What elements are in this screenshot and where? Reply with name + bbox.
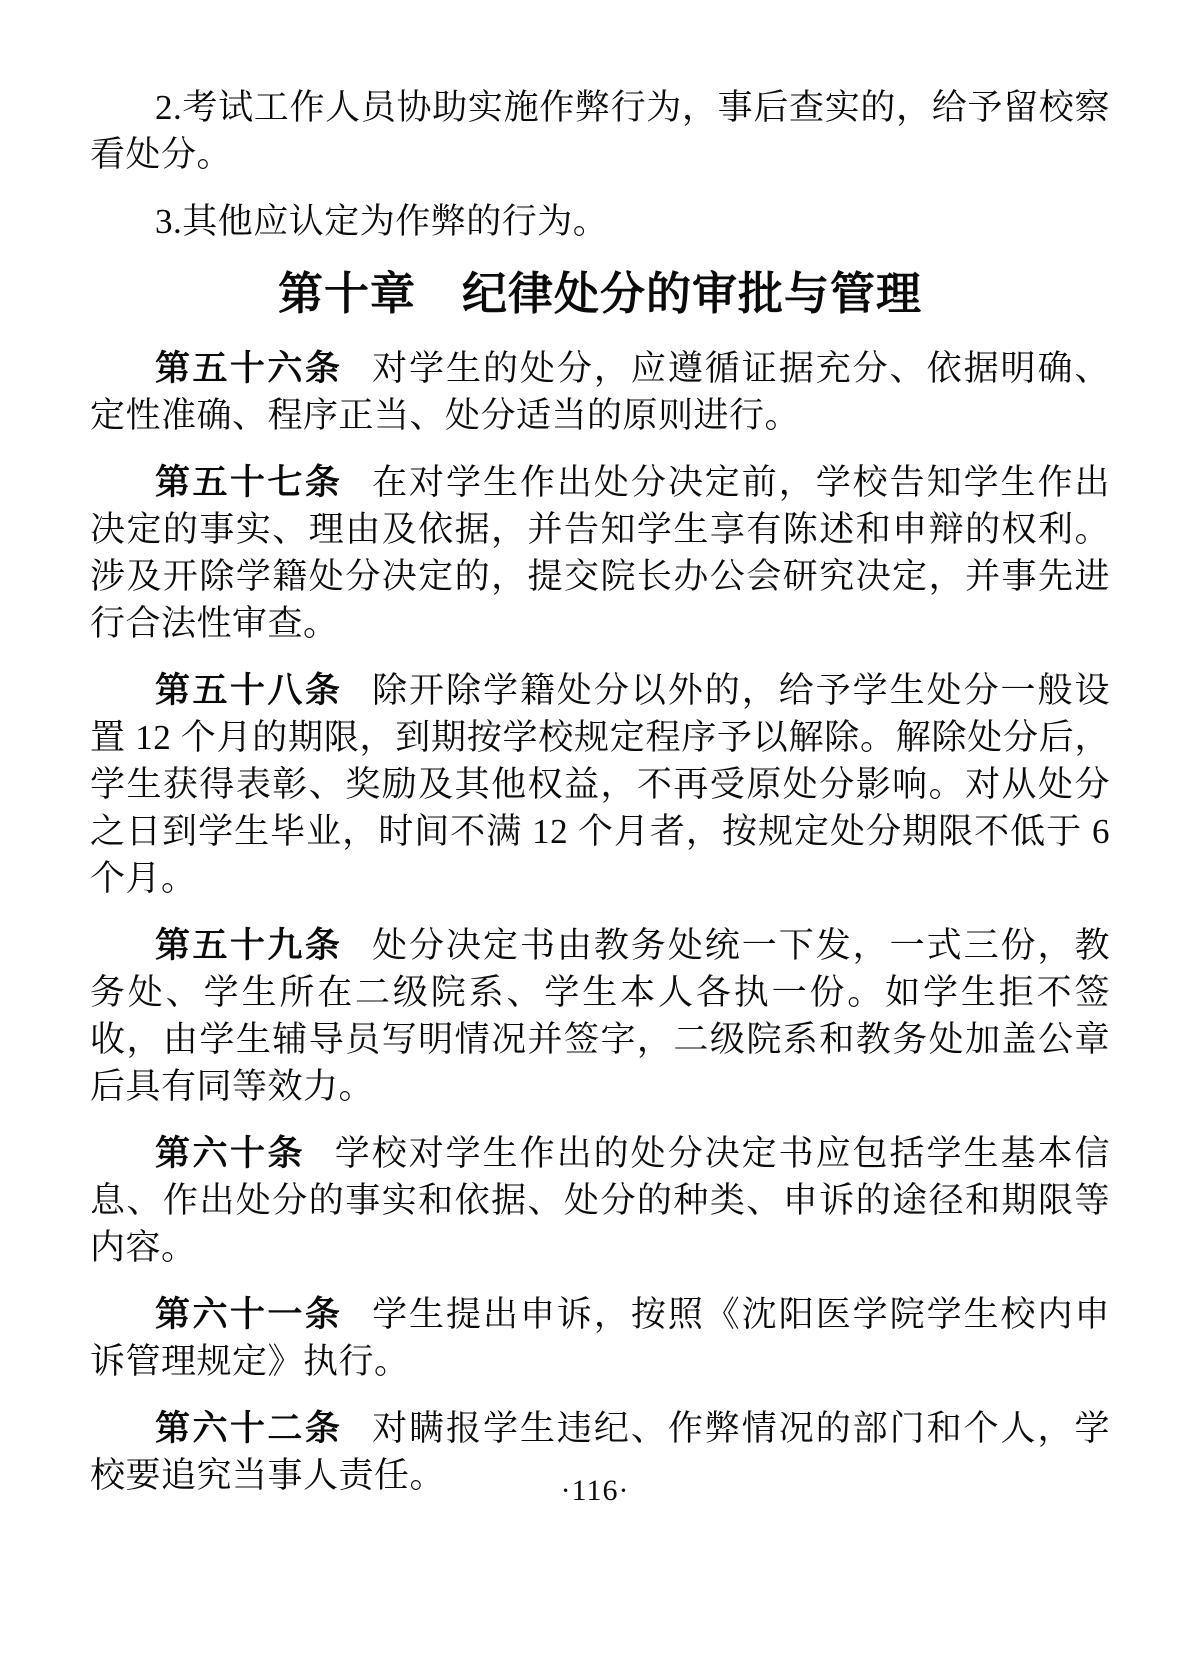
article-number-label: 第五十六条 — [155, 349, 342, 388]
article-paragraph: 第六十条学校对学生作出的处分决定书应包括学生基本信息、作出处分的事实和依据、处分… — [90, 1130, 1110, 1271]
document-page: 2.考试工作人员协助实施作弊行为，事后查实的，给予留校察看处分。 3.其他应认定… — [0, 0, 1190, 1670]
article-paragraph: 第五十六条对学生的处分，应遵循证据充分、依据明确、定性准确、程序正当、处分适当的… — [90, 345, 1110, 439]
article-paragraph: 第五十八条除开除学籍处分以外的，给予学生处分一般设置 12 个月的期限，到期按学… — [90, 667, 1110, 902]
clause-item: 3.其他应认定为作弊的行为。 — [90, 198, 1110, 245]
article-number-label: 第六十条 — [155, 1134, 305, 1173]
article-paragraph: 第五十七条在对学生作出处分决定前，学校告知学生作出决定的事实、理由及依据，并告知… — [90, 459, 1110, 647]
article-number-label: 第五十九条 — [155, 926, 342, 965]
page-number: ·116· — [0, 1474, 1190, 1508]
chapter-heading: 第十章 纪律处分的审批与管理 — [90, 263, 1110, 325]
article-number-label: 第五十七条 — [155, 463, 342, 502]
article-number-label: 第五十八条 — [155, 671, 342, 710]
article-paragraph: 第五十九条处分决定书由教务处统一下发，一式三份，教务处、学生所在二级院系、学生本… — [90, 922, 1110, 1110]
article-paragraph: 第六十一条学生提出申诉，按照《沈阳医学院学生校内申诉管理规定》执行。 — [90, 1291, 1110, 1385]
article-number-label: 第六十二条 — [155, 1409, 342, 1448]
clause-item: 2.考试工作人员协助实施作弊行为，事后查实的，给予留校察看处分。 — [90, 84, 1110, 178]
article-number-label: 第六十一条 — [155, 1295, 342, 1334]
